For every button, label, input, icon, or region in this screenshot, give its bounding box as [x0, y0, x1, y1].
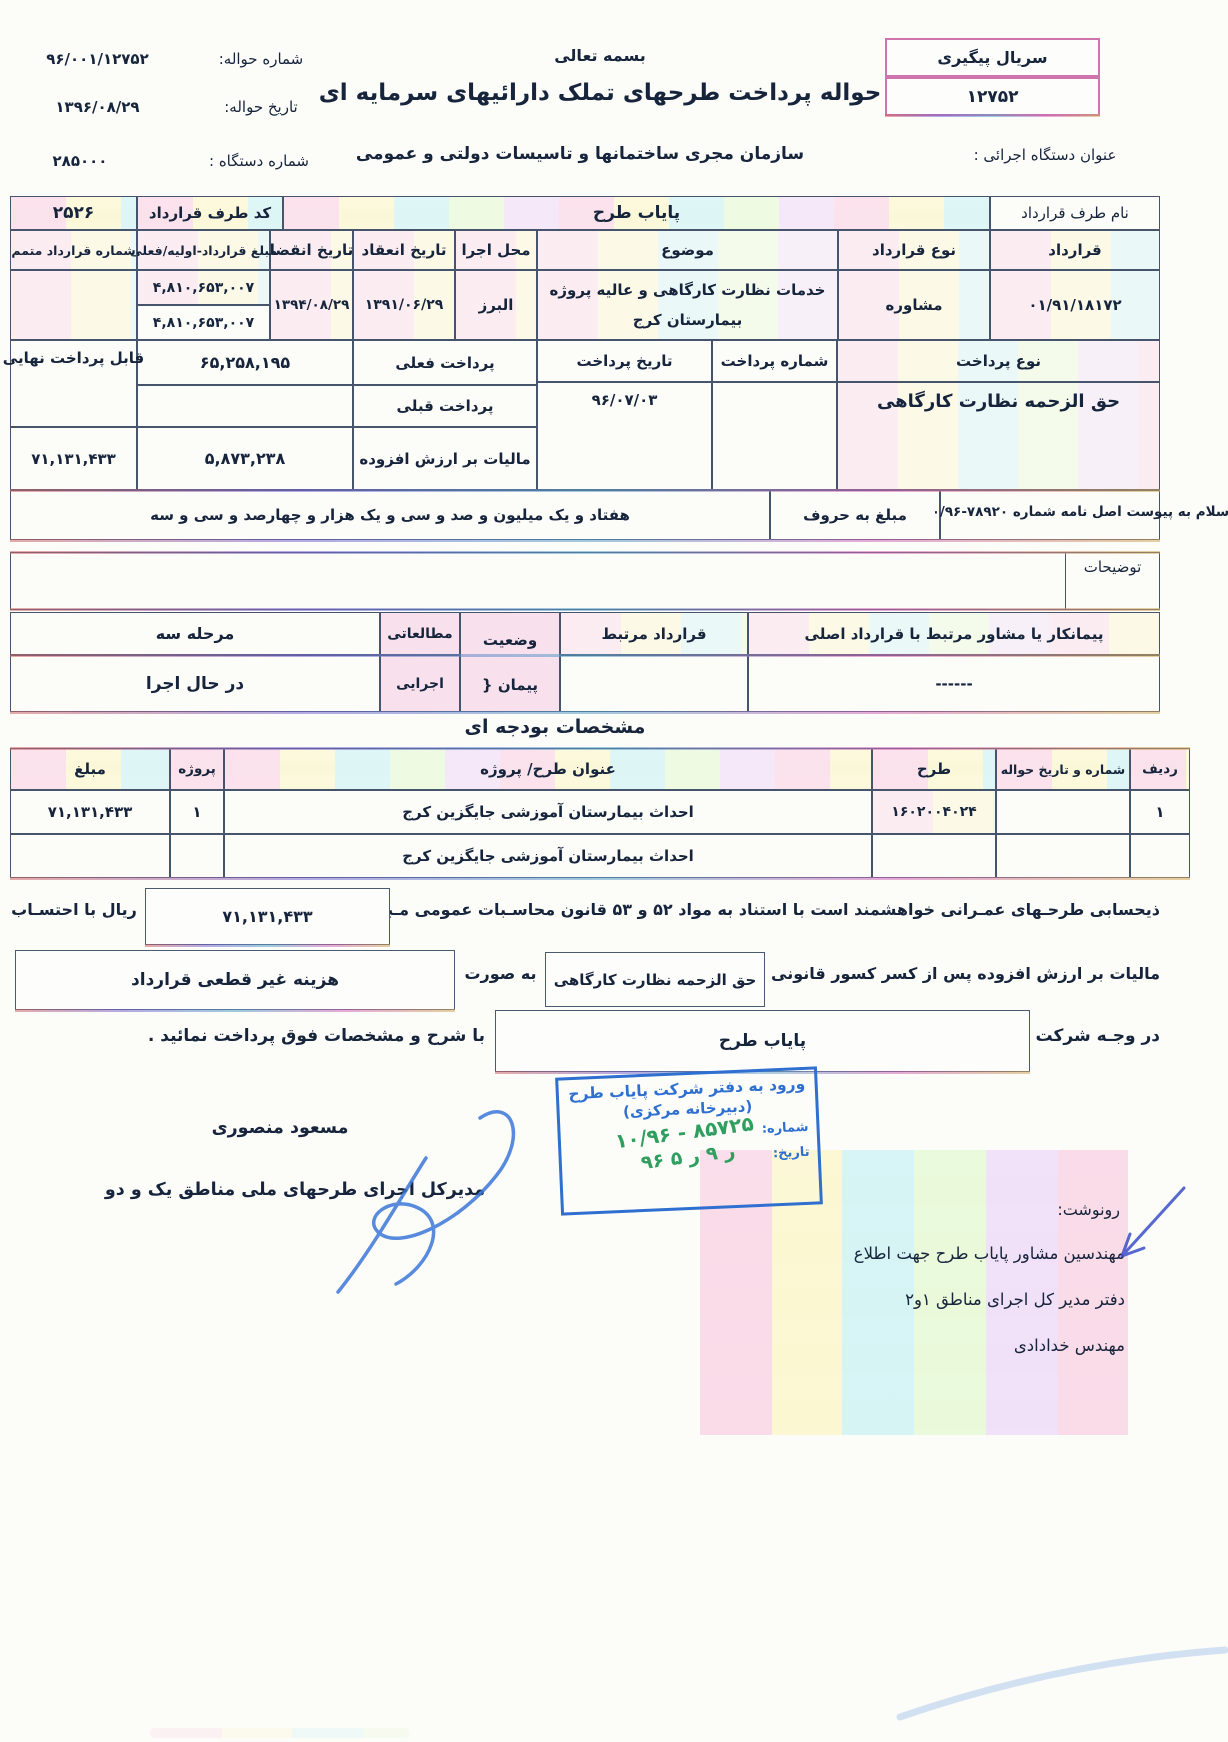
col-supplement: شماره قرارداد متمم	[10, 230, 137, 270]
order-amount-box: ۷۱,۱۳۱,۴۳۳	[145, 888, 390, 945]
col-contract-type: نوع قرارداد	[838, 230, 990, 270]
contract-no-cell: ۰۱/۹۱/۱۸۱۷۲	[990, 270, 1160, 340]
pact-status-cell: وضعیت پیمان {	[460, 612, 560, 712]
supplement-empty-cell	[10, 270, 137, 340]
location-cell: البرز	[455, 270, 537, 340]
related-contract-label-cell: قرارداد مرتبط	[560, 612, 748, 655]
scan-line	[10, 551, 1160, 554]
cc-item: دفتر مدیر کل اجرای مناطق ۱و۲	[775, 1290, 1125, 1309]
cc-item: مهندس خدادادی	[775, 1336, 1125, 1355]
serial-label: سریال پیگیری	[937, 48, 1047, 67]
scan-line	[10, 877, 1190, 880]
scan-line	[10, 747, 1190, 750]
org-name: سازمان مجری ساختمانها و تاسیسات دولتی و …	[330, 144, 830, 164]
budget-row1-plan: ۱۶۰۲۰۰۴۰۲۴	[872, 790, 996, 834]
order-payee-box: پایاب طرح	[495, 1010, 1030, 1072]
contract-type-cell: مشاوره	[838, 270, 990, 340]
device-no-value: ۲۸۵۰۰۰	[20, 152, 140, 170]
scanned-remittance-document: سریال پیگیری ۱۲۷۵۲ بسمه تعالی حواله پردا…	[0, 0, 1228, 1742]
pact-status-word1: وضعیت	[483, 631, 537, 649]
scan-line	[10, 608, 1160, 611]
device-no-label: شماره دستگاه :	[195, 152, 323, 170]
remarks-strip	[10, 552, 1160, 610]
page-title: حواله پرداخت طرحهای تملک دارائیهای سرمای…	[300, 80, 900, 106]
budget-row2-title: احداث بیمارستان آموزشی جایگزین کرج	[224, 834, 872, 878]
final-payable-value-cell: ۷۱,۱۳۱,۴۳۳	[10, 427, 137, 490]
amount-words-cell: هفتاد و یک میلیون و صد و سی و یک هزار و …	[10, 490, 770, 540]
payment-type-cell: حق الزحمه نظارت کارگاهی	[837, 382, 1160, 490]
budget-row2-ref	[996, 834, 1130, 878]
serial-value: ۱۲۷۵۲	[967, 87, 1019, 107]
col-sign-date: تاریخ انعقاد	[353, 230, 455, 270]
sign-date-cell: ۱۳۹۱/۰۶/۲۹	[353, 270, 455, 340]
pen-arrow	[1098, 1182, 1198, 1282]
budget-row1-ref	[996, 790, 1130, 834]
col-expiry-date: تاریخ انقضا	[270, 230, 353, 270]
serial-box-value-cell: ۱۲۷۵۲	[885, 77, 1100, 116]
stamp-date-label: تاریخ:	[773, 1144, 810, 1161]
col-payment-no: شماره پرداخت	[712, 340, 837, 382]
col-subject: موضوع	[537, 230, 838, 270]
expiry-date-cell: ۱۳۹۴/۰۸/۲۹	[270, 270, 353, 340]
col-payment-date: تاریخ پرداخت	[537, 340, 712, 382]
subject-line2: بیمارستان کرج	[633, 311, 742, 329]
amount-current-cell: ۴,۸۱۰,۶۵۳,۰۰۷	[137, 305, 270, 340]
party-name-label-cell: نام طرف قرارداد	[990, 196, 1160, 230]
related-contract-value-cell	[560, 655, 748, 712]
final-payable-label-cell: قابل پرداخت نهایی	[10, 340, 137, 427]
order-expense-type-box: هزینه غیر قطعی قرارداد	[15, 950, 455, 1010]
col-payment-type: نوع پرداخت	[837, 340, 1160, 382]
current-payment-value-cell: ۶۵,۲۵۸,۱۹۵	[137, 340, 353, 385]
pact-status-word2: پیمان {	[482, 676, 538, 694]
signature-scribble	[280, 1100, 540, 1300]
budget-section-title: مشخصات بودجه ای	[375, 716, 735, 738]
budget-row2-amount	[10, 834, 170, 878]
attachment-note-clip: با سلام به پیوست اصل نامه شماره ۷۸۹۲۰-۱۰…	[935, 496, 1228, 536]
budget-row1-row: ۱	[1130, 790, 1190, 834]
status-executive-cell: اجرایی	[380, 655, 460, 712]
stamp-no-label: شماره:	[761, 1119, 808, 1136]
bismillah: بسمه تعالی	[520, 46, 680, 65]
remittance-date-label: تاریخ حواله:	[205, 98, 317, 116]
scan-line	[885, 114, 1100, 117]
budget-row1-project: ۱	[170, 790, 224, 834]
order-line2-text: مالیات بر ارزش افزوده پس از کسر کسور قان…	[770, 964, 1160, 983]
budget-col-title: عنوان طرح/ پروژه	[224, 748, 872, 790]
col-amount: مبلغ قرارداد-اولیه/فعلی	[137, 230, 270, 270]
order-line1-text: ذیحسابی طرحـهای عمـرانی خواهشمند است با …	[395, 900, 1160, 919]
subject-cell: خدمات نظارت کارگاهی و عالیه پروژه بیمارس…	[537, 270, 838, 340]
scan-line	[10, 489, 1160, 492]
budget-row2-row	[1130, 834, 1190, 878]
in-progress-cell: در حال اجرا	[10, 655, 380, 712]
scan-line	[10, 539, 1160, 542]
faint-pen-arc	[890, 1612, 1228, 1732]
current-payment-label-cell: پرداخت فعلی	[353, 340, 537, 385]
budget-col-ref: شماره و تاریخ حواله	[996, 748, 1130, 790]
attachment-note: با سلام به پیوست اصل نامه شماره ۷۸۹۲۰-۱۰…	[935, 504, 1228, 520]
contractor-value-cell: ------	[748, 655, 1160, 712]
budget-row2-project	[170, 834, 224, 878]
budget-row1-amount: ۷۱,۱۳۱,۴۳۳	[10, 790, 170, 834]
phase-cell: مرحله سه	[10, 612, 380, 655]
party-code-value-cell: ۲۵۲۶	[10, 196, 137, 230]
remittance-no-value: ۹۶/۰۰۱/۱۲۷۵۲	[15, 50, 180, 68]
vat-label-cell: مالیات بر ارزش افزوده	[353, 427, 537, 490]
pastel-smudge	[150, 1728, 410, 1738]
budget-col-project: پروژه	[170, 748, 224, 790]
order-payment-type-box: حق الزحمه نظارت کارگاهی	[545, 952, 765, 1007]
amount-words-label-cell: مبلغ به حروف	[770, 490, 940, 540]
budget-col-amount: مبلغ	[10, 748, 170, 790]
agency-label: عنوان دستگاه اجرائی :	[960, 146, 1130, 164]
cc-item: مهندسین مشاور پایاب طرح جهت اطلاع	[775, 1244, 1125, 1263]
budget-row2-plan	[872, 834, 996, 878]
amount-initial-cell: ۴,۸۱۰,۶۵۳,۰۰۷	[137, 270, 270, 305]
vat-value-cell: ۵,۸۷۳,۲۳۸	[137, 427, 353, 490]
scan-line	[10, 711, 1160, 714]
order-line3-lead: در وجـه شرکت	[1035, 1026, 1160, 1046]
payment-date-cell: ۹۶/۰۷/۰۳	[537, 382, 712, 490]
remittance-no-label: شماره حواله:	[205, 50, 317, 68]
budget-row1-title: احداث بیمارستان آموزشی جایگزین کرج	[224, 790, 872, 834]
serial-box-label-cell: سریال پیگیری	[885, 38, 1100, 77]
order-line1-tail: ریال با احتسـاب	[8, 900, 140, 919]
status-study-cell: مطالعاتی	[380, 612, 460, 655]
party-name-value-cell: پایاب طرح	[283, 196, 990, 230]
budget-col-row: ردیف	[1130, 748, 1190, 790]
col-contract: قرارداد	[990, 230, 1160, 270]
remarks-label-cell: توضیحات	[1065, 552, 1160, 610]
party-code-label-cell: کد طرف قرارداد	[137, 196, 283, 230]
subject-line1: خدمات نظارت کارگاهی و عالیه پروژه	[550, 281, 826, 299]
scan-line	[10, 654, 1160, 657]
payment-no-cell	[712, 382, 837, 490]
scan-line	[145, 944, 390, 947]
entry-stamp: ورود به دفتر شرکت پایاب طرح (دبیرخانه مر…	[555, 1066, 823, 1215]
col-location: محل اجرا	[455, 230, 537, 270]
contractor-label-cell: پیمانکار یا مشاور مرتبط با قرارداد اصلی	[748, 612, 1160, 655]
order-line2-mid: به صورت	[458, 964, 543, 983]
remittance-date-value: ۱۳۹۶/۰۸/۲۹	[15, 98, 180, 116]
budget-col-plan: طرح	[872, 748, 996, 790]
previous-payment-label-cell: پرداخت قبلی	[353, 385, 537, 427]
scan-line	[15, 1009, 455, 1012]
order-line3-tail: با شرح و مشخصات فوق پرداخت نمائید .	[40, 1026, 485, 1046]
previous-payment-value-cell	[137, 385, 353, 427]
